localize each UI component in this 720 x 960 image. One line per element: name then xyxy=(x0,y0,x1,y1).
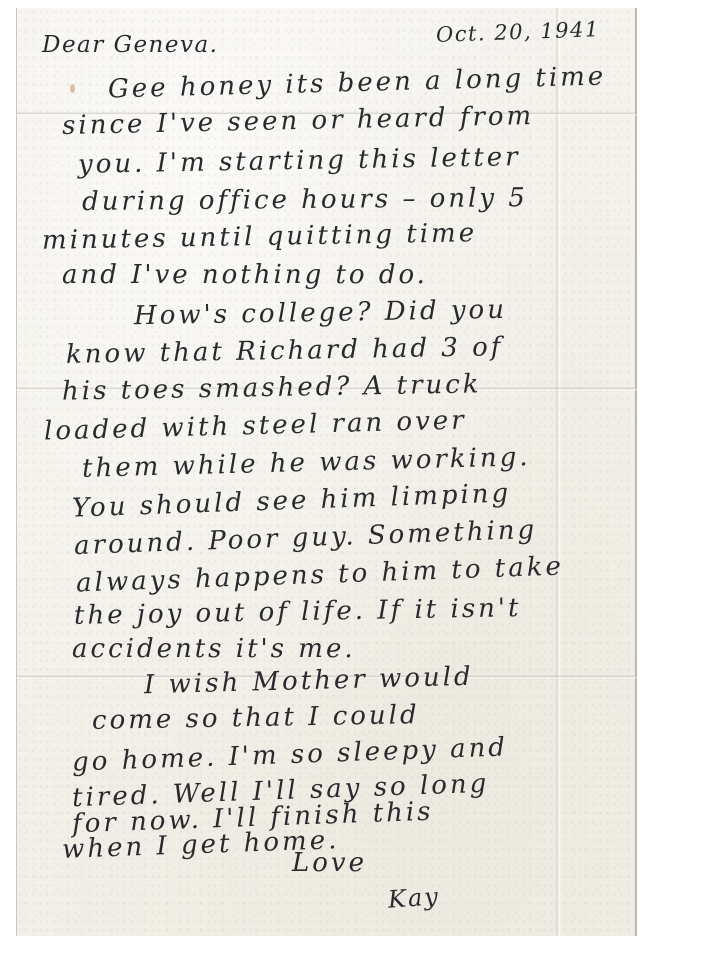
paper-stain xyxy=(70,84,75,93)
letter-line: you. I'm starting this letter xyxy=(78,144,521,178)
letter-line: during office hours – only 5 xyxy=(82,185,528,215)
letter-line: minutes until quitting time xyxy=(42,220,478,254)
letter-line: and I've nothing to do. xyxy=(62,262,428,288)
vertical-fold-crease xyxy=(555,8,561,936)
letter-line: I wish Mother would xyxy=(144,664,474,699)
letter-salutation: Dear Geneva. xyxy=(42,34,219,57)
letter-line: know that Richard had 3 of xyxy=(66,334,504,368)
letter-line: since I've seen or heard from xyxy=(62,103,535,139)
letter-line: come so that I could xyxy=(92,702,420,734)
letter-line: his toes smashed? A truck xyxy=(62,371,482,404)
letter-line: them while he was working. xyxy=(82,444,531,482)
letter-line: the joy out of life. If it isn't xyxy=(74,595,522,629)
letter-line: You should see him limping xyxy=(72,480,512,521)
letter-line: How's college? Did you xyxy=(134,297,507,330)
letter-line: accidents it's me. xyxy=(72,636,356,662)
letter-line: loaded with steel ran over xyxy=(44,407,467,444)
letter-signature: Kay xyxy=(387,884,440,912)
letter-line: always happens to him to take xyxy=(76,553,565,596)
letter-closing: Love xyxy=(292,850,367,876)
letter-date: Oct. 20, 1941 xyxy=(436,19,600,46)
letter-page: Oct. 20, 1941 Dear Geneva. Gee honey its… xyxy=(16,8,637,936)
letter-line: Gee honey its been a long time xyxy=(108,63,607,102)
letter-line: around. Poor guy. Something xyxy=(74,517,538,559)
